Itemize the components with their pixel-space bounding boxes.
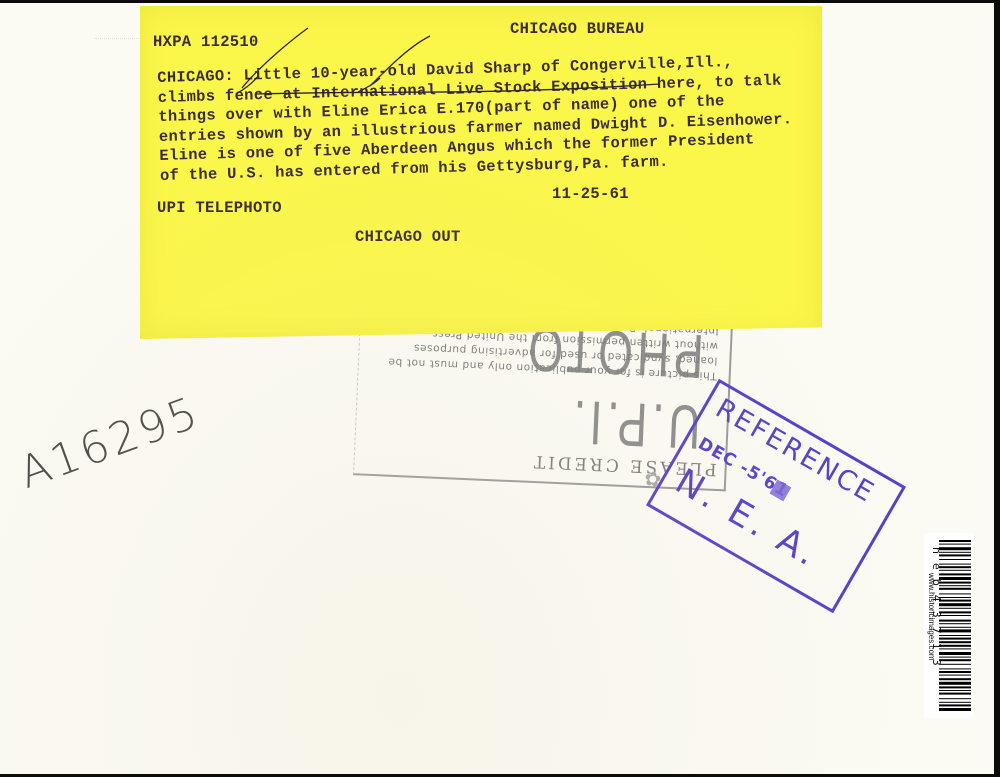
caption-service: UPI TELEPHOTO [157,199,282,217]
barcode-url: www.historicimages.com [927,573,936,661]
caption-date: 11-25-61 [552,185,629,203]
photo-back: PLEASE CREDIT U.P.I. PHOTO This picture … [0,3,994,774]
caption-sheet: HXPA 112510 CHICAGO BUREAU CHICAGO: Litt… [140,6,822,339]
barcode-icon [939,538,971,714]
editor-check-marks [140,6,822,126]
handwritten-number: A16295 [13,387,207,499]
caption-distribution: CHICAGO OUT [355,228,461,246]
barcode-label: neb43713 www.historicimages.com [924,533,974,718]
